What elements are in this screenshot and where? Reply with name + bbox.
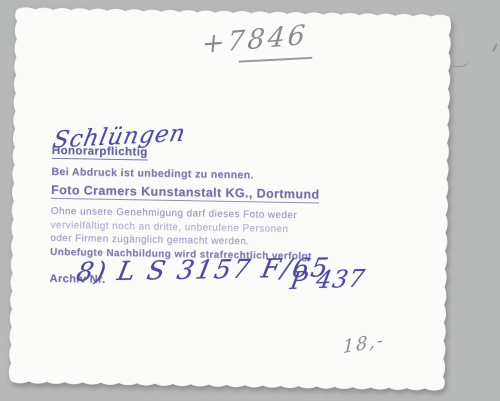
negative-number-handwriting: +7846: [201, 20, 310, 61]
credit-notice-stamp: Bei Abdruck ist unbedingt zu nennen.: [51, 166, 254, 182]
company-stamp: Foto Cramers Kunstanstalt KG., Dortmund: [51, 183, 320, 204]
photo-back: +7846 Schlüngen Honorarpflichtig Bei Abd…: [5, 2, 460, 396]
price-handwriting: 18,-: [342, 329, 385, 358]
plate-code-handwriting: P 437: [288, 264, 368, 295]
fee-notice-stamp: Honorarpflichtig: [52, 145, 148, 161]
scanned-photo-verso: { "scan": { "background_color": "#b7b9b8…: [0, 0, 500, 401]
background-scratch: [492, 43, 497, 52]
underline-mark: [238, 57, 312, 63]
